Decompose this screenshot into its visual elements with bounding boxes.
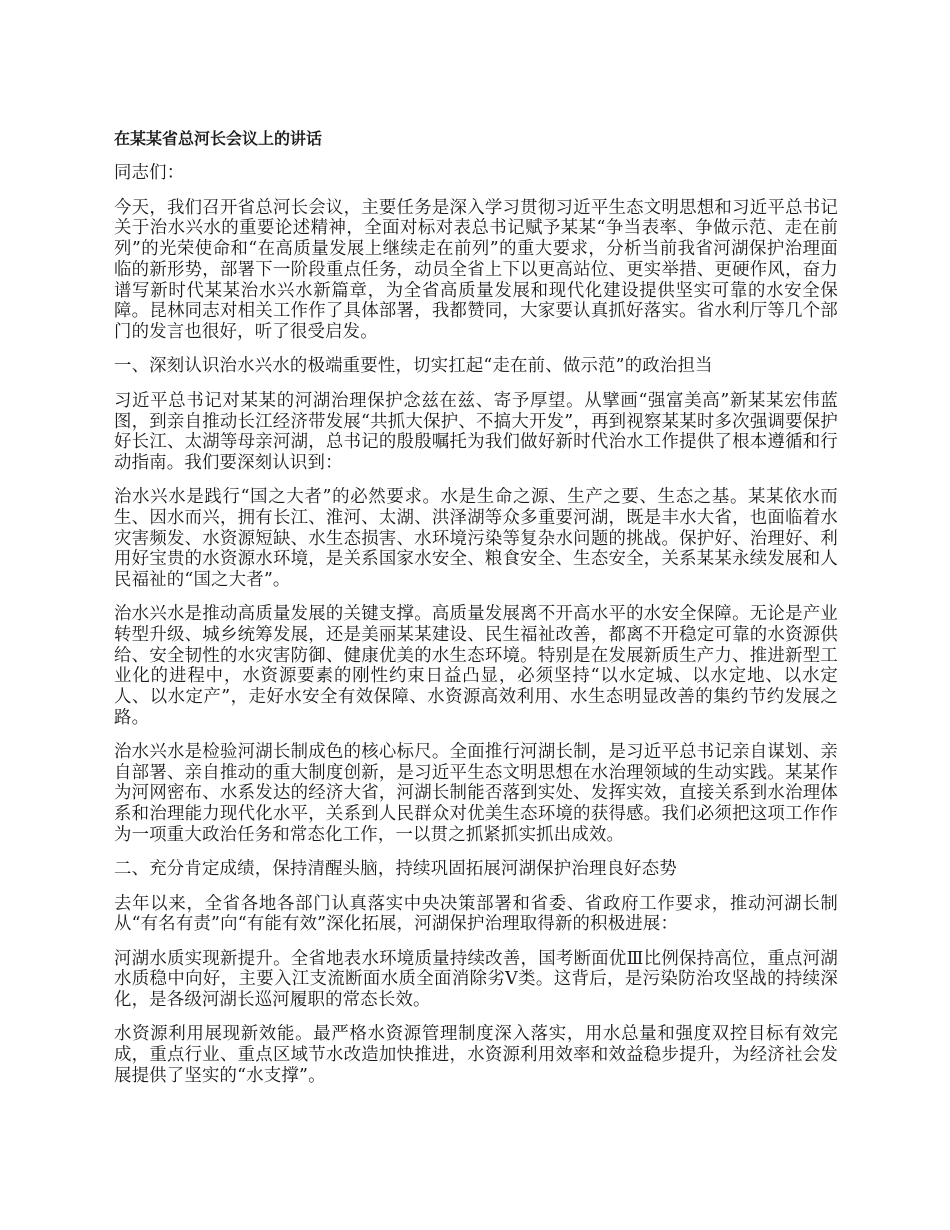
section-heading-2: 二、充分肯定成绩，保持清醒头脑，持续巩固拓展河湖保护治理良好态势	[114, 859, 838, 880]
paragraph: 河湖水质实现新提升。全省地表水环境质量持续改善，国考断面优Ⅲ比例保持高位，重点河…	[114, 949, 838, 1011]
section-heading-1: 一、深刻认识治水兴水的极端重要性，切实扛起“走在前、做示范”的政治担当	[114, 356, 838, 377]
paragraph: 习近平总书记对某某的河湖治理保护念兹在兹、寄予厚望。从擘画“强富美高”新某某宏伟…	[114, 391, 838, 474]
paragraph-intro: 今天，我们召开省总河长会议，主要任务是深入学习贯彻习近平生态文明思想和习近平总书…	[114, 198, 838, 343]
paragraph: 水资源利用展现新效能。最严格水资源管理制度深入落实，用水总量和强度双控目标有效完…	[114, 1024, 838, 1086]
salutation: 同志们：	[114, 163, 838, 184]
document-title: 在某某省总河长会议上的讲话	[114, 128, 838, 150]
document-page: 在某某省总河长会议上的讲话 同志们： 今天，我们召开省总河长会议，主要任务是深入…	[114, 128, 838, 1100]
paragraph: 去年以来，全省各地各部门认真落实中央决策部署和省委、省政府工作要求，推动河湖长制…	[114, 894, 838, 935]
paragraph: 治水兴水是检验河湖长制成色的核心标尺。全面推行河湖长制，是习近平总书记亲自谋划、…	[114, 742, 838, 846]
paragraph: 治水兴水是推动高质量发展的关键支撑。高质量发展离不开高水平的水安全保障。无论是产…	[114, 604, 838, 728]
paragraph: 治水兴水是践行“国之大者”的必然要求。水是生命之源、生产之要、生态之基。某某依水…	[114, 487, 838, 591]
